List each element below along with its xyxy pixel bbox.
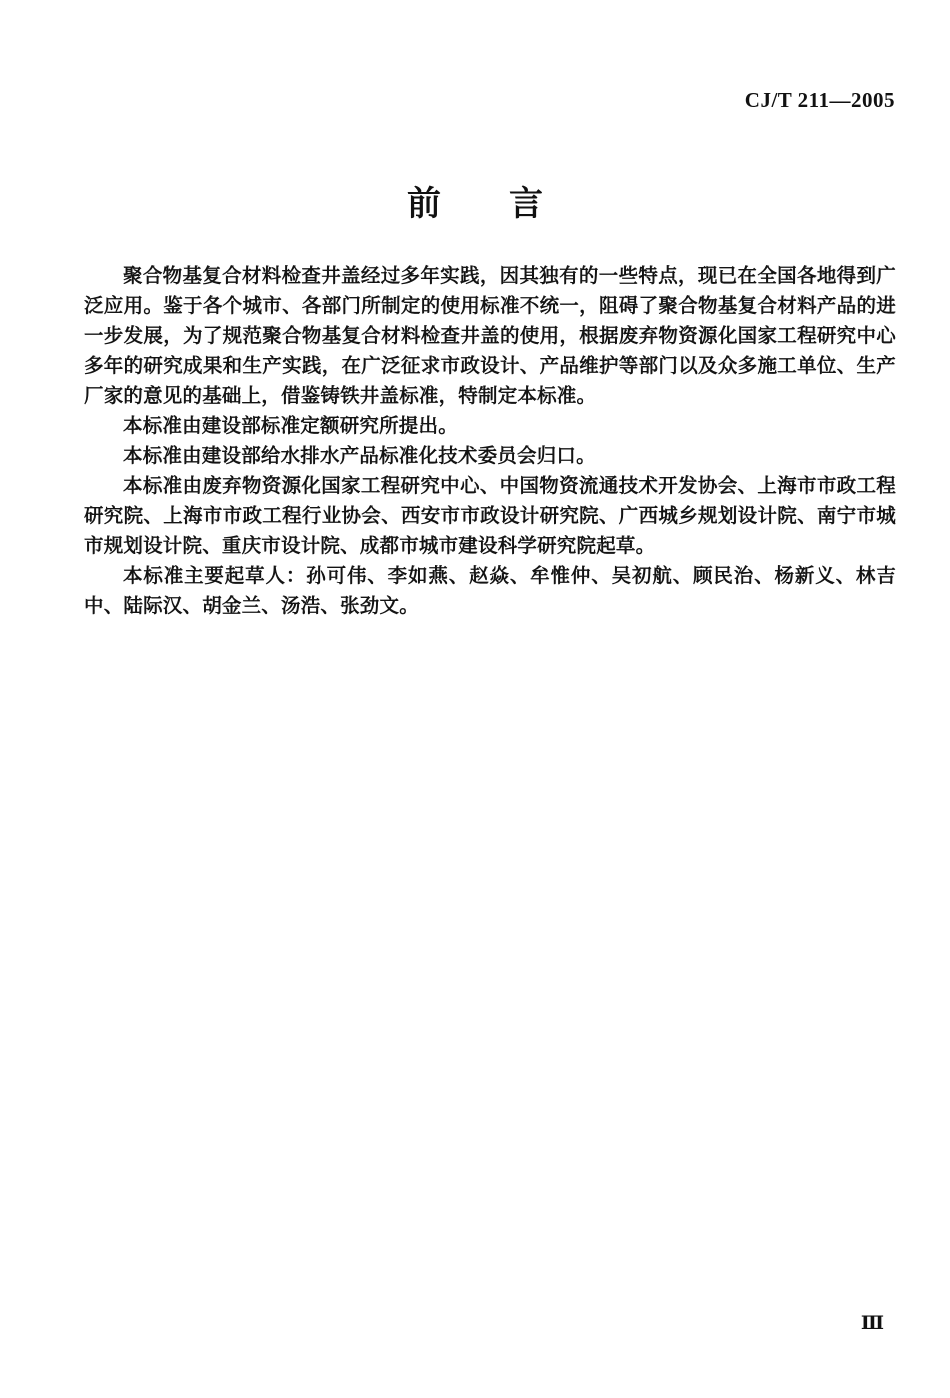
foreword-paragraph: 本标准由建设部标准定额研究所提出。 xyxy=(84,412,896,442)
document-page: CJ/T 211—2005 前 言 聚合物基复合材料检查井盖经过多年实践，因其独… xyxy=(0,0,950,1398)
page-title: 前 言 xyxy=(0,176,950,225)
standard-code: CJ/T 211—2005 xyxy=(745,88,895,113)
page-number: Ⅲ xyxy=(861,1312,884,1335)
foreword-paragraph: 聚合物基复合材料检查井盖经过多年实践，因其独有的一些特点，现已在全国各地得到广泛… xyxy=(84,262,896,412)
foreword-paragraph: 本标准主要起草人：孙可伟、李如燕、赵焱、牟惟仲、吴初航、顾民治、杨新义、林吉中、… xyxy=(84,562,896,622)
foreword-body: 聚合物基复合材料检查井盖经过多年实践，因其独有的一些特点，现已在全国各地得到广泛… xyxy=(84,262,896,622)
foreword-paragraph: 本标准由建设部给水排水产品标准化技术委员会归口。 xyxy=(84,442,896,472)
foreword-paragraph: 本标准由废弃物资源化国家工程研究中心、中国物资流通技术开发协会、上海市市政工程研… xyxy=(84,472,896,562)
